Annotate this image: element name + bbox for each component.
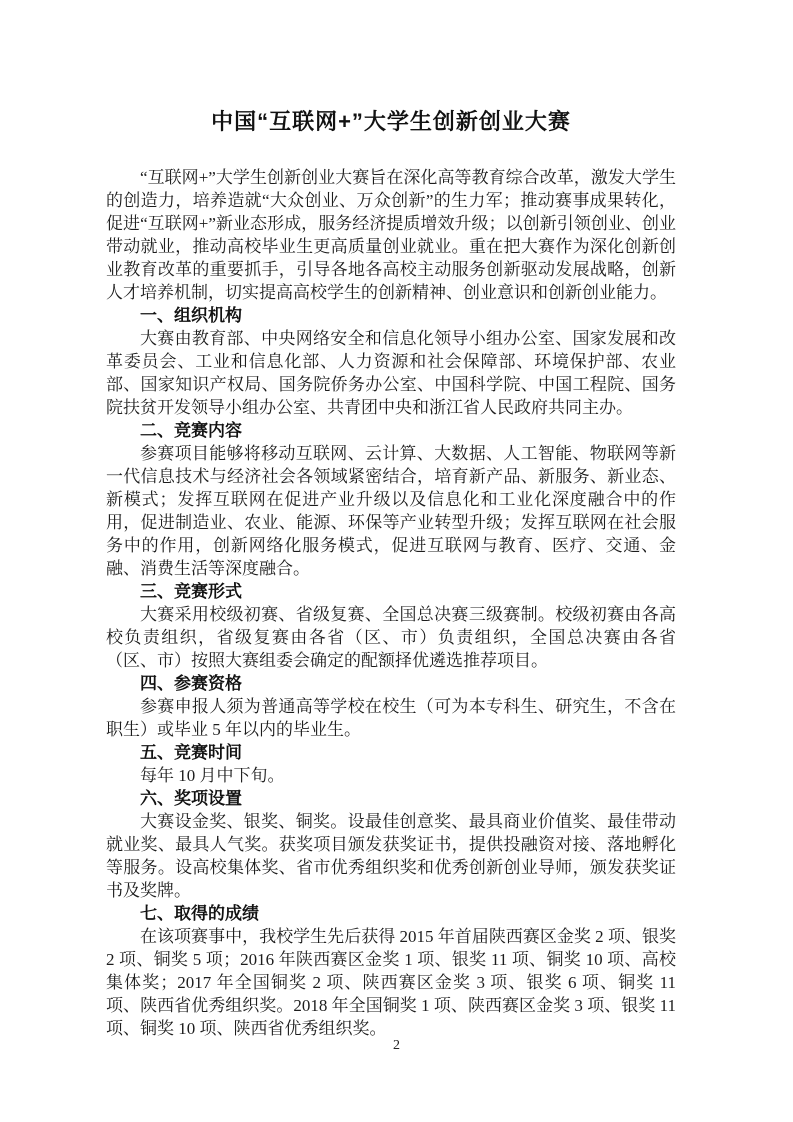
- section-heading: 五、竞赛时间: [106, 741, 676, 764]
- section-organization: 一、组织机构 大赛由教育部、中央网络安全和信息化领导小组办公室、国家发展和改革委…: [106, 304, 676, 419]
- section-eligibility: 四、参赛资格 参赛申报人须为普通高等学校在校生（可为本专科生、研究生，不含在职生…: [106, 672, 676, 741]
- section-paragraph: 大赛设金奖、银奖、铜奖。设最佳创意奖、最具商业价值奖、最佳带动就业奖、最具人气奖…: [106, 810, 676, 902]
- section-heading: 四、参赛资格: [106, 672, 676, 695]
- document-page: 中国“互联网+”大学生创新创业大赛 “互联网+”大学生创新创业大赛旨在深化高等教…: [0, 0, 793, 1122]
- section-heading: 一、组织机构: [106, 304, 676, 327]
- intro-paragraph: “互联网+”大学生创新创业大赛旨在深化高等教育综合改革，激发大学生的创造力，培养…: [106, 166, 676, 304]
- section-awards: 六、奖项设置 大赛设金奖、银奖、铜奖。设最佳创意奖、最具商业价值奖、最佳带动就业…: [106, 787, 676, 902]
- section-achievements: 七、取得的成绩 在该项赛事中，我校学生先后获得 2015 年首届陕西赛区金奖 2…: [106, 902, 676, 1040]
- section-competition-time: 五、竞赛时间 每年 10 月中下旬。: [106, 741, 676, 787]
- section-paragraph: 参赛项目能够将移动互联网、云计算、大数据、人工智能、物联网等新一代信息技术与经济…: [106, 442, 676, 580]
- document-title: 中国“互联网+”大学生创新创业大赛: [106, 106, 676, 138]
- section-heading: 三、竞赛形式: [106, 580, 676, 603]
- section-heading: 二、竞赛内容: [106, 419, 676, 442]
- section-paragraph: 大赛由教育部、中央网络安全和信息化领导小组办公室、国家发展和改革委员会、工业和信…: [106, 327, 676, 419]
- section-competition-format: 三、竞赛形式 大赛采用校级初赛、省级复赛、全国总决赛三级赛制。校级初赛由各高校负…: [106, 580, 676, 672]
- document-content: 中国“互联网+”大学生创新创业大赛 “互联网+”大学生创新创业大赛旨在深化高等教…: [106, 106, 676, 1040]
- section-paragraph: 大赛采用校级初赛、省级复赛、全国总决赛三级赛制。校级初赛由各高校负责组织，省级复…: [106, 603, 676, 672]
- section-paragraph: 在该项赛事中，我校学生先后获得 2015 年首届陕西赛区金奖 2 项、银奖 2 …: [106, 925, 676, 1040]
- section-heading: 七、取得的成绩: [106, 902, 676, 925]
- section-paragraph: 参赛申报人须为普通高等学校在校生（可为本专科生、研究生，不含在职生）或毕业 5 …: [106, 695, 676, 741]
- section-competition-content: 二、竞赛内容 参赛项目能够将移动互联网、云计算、大数据、人工智能、物联网等新一代…: [106, 419, 676, 580]
- page-number: 2: [0, 1038, 793, 1054]
- section-heading: 六、奖项设置: [106, 787, 676, 810]
- section-paragraph: 每年 10 月中下旬。: [106, 764, 676, 787]
